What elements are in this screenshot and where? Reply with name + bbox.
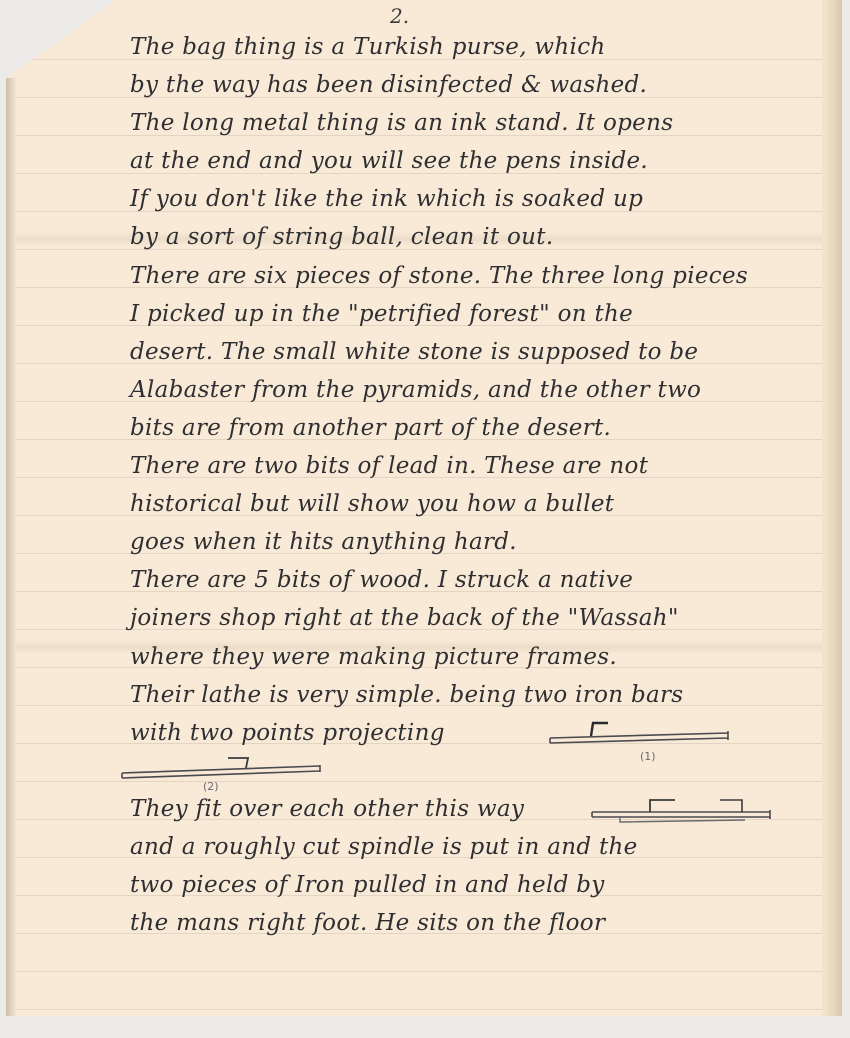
diagram-label-1: (1) — [640, 750, 656, 763]
text-line: Their lathe is very simple. being two ir… — [130, 676, 830, 714]
letter-page: 2. The bag thing is a Turkish purse, whi… — [6, 0, 842, 1016]
page-edge-left — [6, 78, 16, 1016]
text-line: There are two bits of lead in. These are… — [130, 447, 830, 485]
text-line: There are 5 bits of wood. I struck a nat… — [130, 561, 830, 599]
text-line: There are six pieces of stone. The three… — [130, 257, 830, 295]
text-line: bits are from another part of the desert… — [130, 409, 830, 447]
text-line: I picked up in the "petrified forest" on… — [130, 295, 830, 333]
text-line: where they were making picture frames. — [130, 638, 830, 676]
text-line: joiners shop right at the back of the "W… — [130, 599, 830, 637]
text-line: If you don't like the ink which is soake… — [130, 180, 830, 218]
text-line: by a sort of string ball, clean it out. — [130, 218, 830, 256]
lathe-combined-diagram — [590, 796, 780, 826]
text-line: by the way has been disinfected & washed… — [130, 66, 830, 104]
text-line: the mans right foot. He sits on the floo… — [130, 904, 830, 942]
lathe-bar-diagram-2 — [120, 752, 330, 780]
text-line: Alabaster from the pyramids, and the oth… — [130, 371, 830, 409]
lathe-bar-diagram-1 — [548, 716, 738, 748]
diagram-label-2: (2) — [203, 780, 219, 793]
text-line: The long metal thing is an ink stand. It… — [130, 104, 830, 142]
text-line: and a roughly cut spindle is put in and … — [130, 828, 830, 866]
text-line: goes when it hits anything hard. — [130, 523, 830, 561]
text-line: at the end and you will see the pens ins… — [130, 142, 830, 180]
text-line: two pieces of Iron pulled in and held by — [130, 866, 830, 904]
text-line: The bag thing is a Turkish purse, which — [130, 28, 830, 66]
text-line: historical but will show you how a bulle… — [130, 485, 830, 523]
text-line: desert. The small white stone is suppose… — [130, 333, 830, 371]
page-number: 2. — [390, 4, 409, 28]
